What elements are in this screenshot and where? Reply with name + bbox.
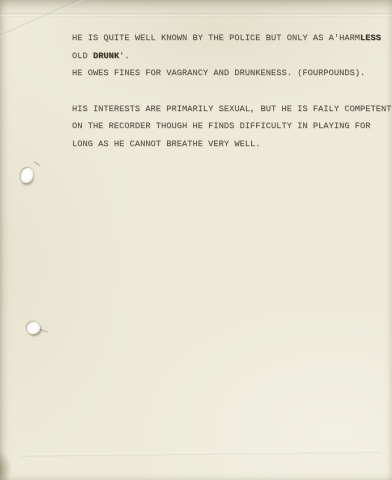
- punch-hole-upper-tear: [33, 161, 41, 167]
- typewritten-text: HE IS QUITE WELL KNOWN BY THE POLICE BUT…: [72, 30, 384, 171]
- text-line: HIS INTERESTS ARE PRIMARILY SEXUAL, BUT …: [72, 101, 384, 119]
- text-line: HE IS QUITE WELL KNOWN BY THE POLICE BUT…: [72, 30, 384, 48]
- text-line: HE OWES FINES FOR VAGRANCY AND DRUNKENES…: [72, 65, 384, 83]
- paper-smudge-bottom-left: [0, 450, 12, 480]
- paragraph-police-record: HE IS QUITE WELL KNOWN BY THE POLICE BUT…: [72, 30, 384, 83]
- paper-crease-bottom: [20, 450, 380, 457]
- text-line: LONG AS HE CANNOT BREATHE VERY WELL.: [72, 136, 384, 154]
- paragraph-interests: HIS INTERESTS ARE PRIMARILY SEXUAL, BUT …: [72, 101, 384, 154]
- punch-hole-upper: [19, 167, 34, 184]
- text-line: OLD DRUNK'.: [72, 48, 384, 66]
- punch-hole-lower-tear: [39, 329, 48, 334]
- text-line: ON THE RECORDER THOUGH HE FINDS DIFFICUL…: [72, 118, 384, 136]
- document-page: HE IS QUITE WELL KNOWN BY THE POLICE BUT…: [0, 0, 392, 480]
- paper-crease-top: [0, 13, 392, 17]
